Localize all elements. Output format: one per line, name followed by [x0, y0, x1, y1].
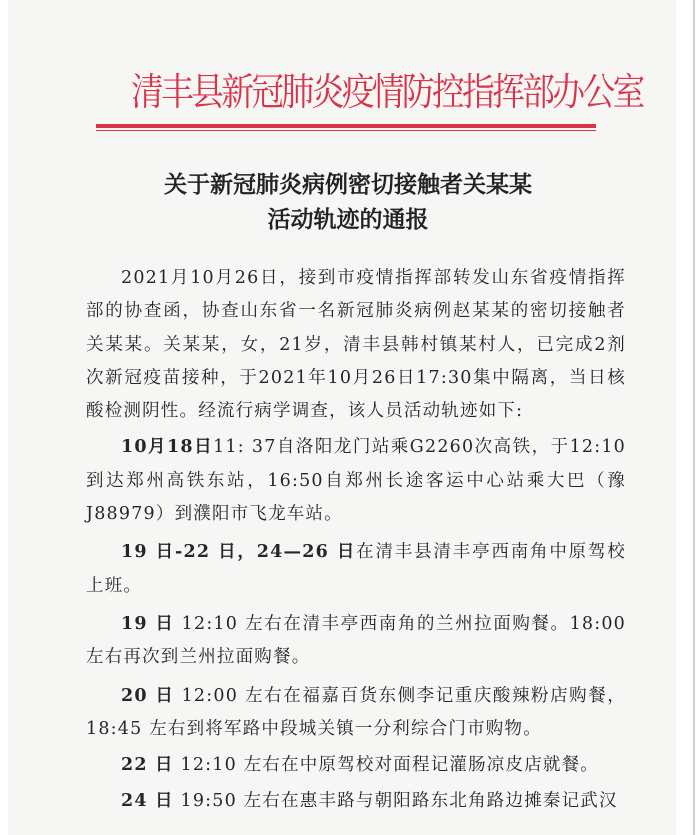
itinerary-date: 10月18日: [121, 437, 213, 457]
itinerary-text: 19:50 左右在惠丰路与朝阳路东北角路边摊秦记武汉: [174, 791, 618, 811]
itinerary-entry: 10月18日11: 37自洛阳龙门站乘G2260次高铁，于12:10到达郑州高铁…: [86, 431, 626, 531]
itinerary-entry: 24 日 19:50 左右在惠丰路与朝阳路东北角路边摊秦记武汉: [86, 785, 626, 818]
itinerary-date: 20 日: [121, 686, 174, 706]
itinerary-date: 22 日: [121, 755, 174, 775]
itinerary-text: 12:10 左右在中原驾校对面程记灌肠凉皮店就餐。: [174, 755, 599, 775]
itinerary-date: 19 日: [121, 614, 175, 634]
letterhead-divider-thin: [96, 130, 596, 131]
letterhead-divider-thick: [96, 124, 596, 128]
itinerary-entry: 19 日 12:10 左右在清丰亭西南角的兰州拉面购餐。18:00 左右再次到兰…: [86, 608, 626, 675]
itinerary-date: 19 日-22 日，24—26 日: [121, 542, 356, 562]
page-edge: [693, 0, 695, 835]
itinerary-date: 24 日: [121, 791, 174, 811]
letterhead-org-name: 清丰县新冠肺炎疫情防控指挥部办公室: [131, 66, 561, 118]
itinerary-entry: 22 日 12:10 左右在中原驾校对面程记灌肠凉皮店就餐。: [86, 749, 626, 782]
itinerary-entry: 20 日 12:00 左右在福嘉百货东侧李记重庆酸辣粉店购餐，18:45 左右到…: [86, 680, 626, 747]
itinerary-entry: 19 日-22 日，24—26 日在清丰县清丰亭西南角中原驾校上班。: [86, 536, 626, 603]
intro-paragraph: 2021月10月26日，接到市疫情指挥部转发山东省疫情指挥部的协查函，协查山东省…: [86, 262, 626, 428]
intro-text: 2021月10月26日，接到市疫情指挥部转发山东省疫情指挥部的协查函，协查山东省…: [86, 268, 626, 421]
document-body: 2021月10月26日，接到市疫情指挥部转发山东省疫情指挥部的协查函，协查山东省…: [86, 262, 626, 819]
document-title-line-2: 活动轨迹的通报: [0, 205, 696, 235]
document-title-line-1: 关于新冠肺炎病例密切接触者关某某: [0, 170, 696, 200]
